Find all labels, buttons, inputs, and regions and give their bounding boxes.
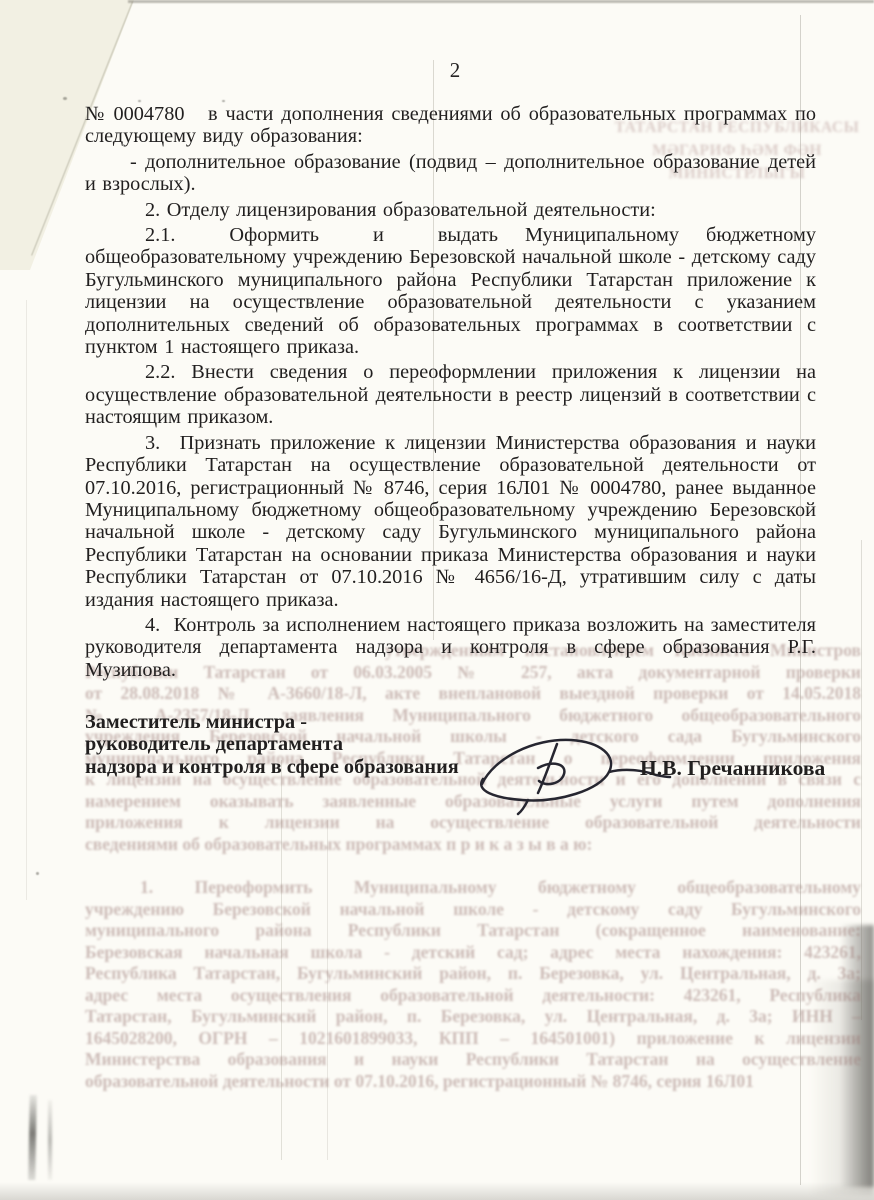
scan-bottom-edge-shadow	[0, 1182, 874, 1200]
binding-smudge	[28, 1095, 36, 1180]
scan-speck	[222, 100, 225, 102]
signatory-title-line: Заместитель министра -	[85, 711, 505, 733]
scan-speck	[36, 872, 39, 875]
ghost-line: 1645028200, ОГРН – 1021601899033, КПП – …	[85, 1028, 861, 1050]
scan-speck	[138, 100, 141, 102]
ghost-line: муниципального района Республики Татарст…	[85, 920, 861, 942]
scan-top-edge-shadow	[128, 0, 874, 3]
scan-speck	[63, 97, 67, 100]
signatory-title-line: надзора и контроля в сфере образования	[85, 756, 505, 778]
paragraph-item-3: 3. Признать приложение к лицензии Минист…	[85, 432, 816, 611]
paragraph-additional-education: - дополнительное образование (подвид – д…	[85, 151, 816, 196]
ghost-line: образовательной деятельности от 07.10.20…	[85, 1071, 861, 1093]
ghost-text-block-2: 1. Переоформить Муниципальному бюджетном…	[85, 877, 861, 1092]
page-number: 2	[440, 58, 470, 83]
paragraph-item-2-1: 2.1. Оформить и выдать Муниципальному бю…	[85, 224, 816, 358]
ghost-line: сведениями об образовательных программах…	[85, 834, 861, 856]
signatory-name: Н.В. Гречанникова	[640, 756, 860, 781]
signatory-title-line: руководитель департамента	[85, 733, 505, 755]
ghost-line: учреждению Березовской начальной школе -…	[85, 899, 861, 921]
paragraph-item-4: 4. Контроль за исполнением настоящего пр…	[85, 614, 816, 681]
paragraph-item-2-2: 2.2. Внести сведения о переоформлении пр…	[85, 361, 816, 428]
binding-smudge	[48, 1100, 52, 1180]
fold-crease-line	[26, 300, 27, 900]
ghost-line: Татарстан, Бугульминский район, п. Берез…	[85, 1006, 861, 1028]
ghost-line: 1. Переоформить Муниципальному бюджетном…	[85, 877, 861, 899]
ghost-line: Министерства образования и науки Республ…	[85, 1049, 861, 1071]
ghost-line: от 28.08.2018 № А-3660/18-Л, акте внепла…	[85, 683, 861, 705]
ghost-line: Республика Татарстан, Бугульминский райо…	[85, 963, 861, 985]
fold-crease-line	[861, 540, 862, 1020]
signatory-title: Заместитель министра - руководитель депа…	[85, 711, 505, 778]
paragraph-license-continuation: № 0004780 в части дополнения сведениями …	[85, 103, 816, 148]
ghost-line: адрес места осуществления образовательно…	[85, 985, 861, 1007]
ghost-line: Березовская начальная школа - детский са…	[85, 942, 861, 964]
document-body: № 0004780 в части дополнения сведениями …	[85, 103, 816, 684]
paragraph-item-2: 2. Отделу лицензирования образовательной…	[85, 199, 816, 221]
scanned-document-page: ТАТАРСТАН РЕСПУБЛИКАСЫ МӘГАРИФ ҺӘМ ФӘН М…	[0, 0, 874, 1200]
